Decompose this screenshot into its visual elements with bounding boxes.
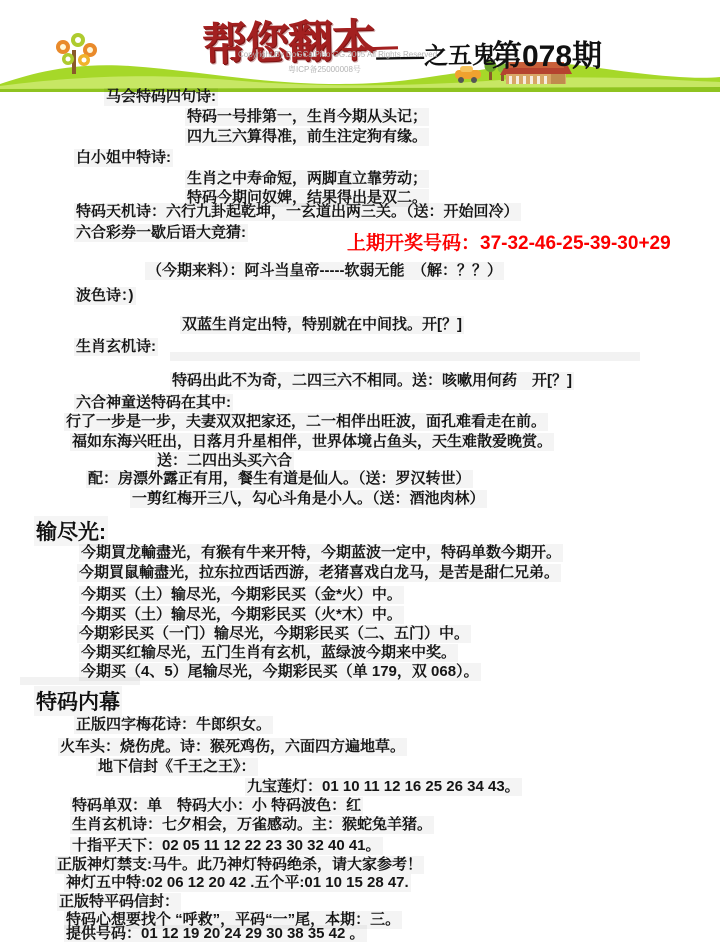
line-sjg-1: 今期買龙輸盡光，有猴有牛来开特，今期蓝波一定中，特码单数今期开。	[79, 544, 563, 562]
issue-number: 第078期	[492, 31, 602, 75]
line-bose: 波色诗：)	[74, 287, 136, 305]
line-shengxiao: 特码出此不为奇，二四三六不相同。送：咳嗽用何药 开[？]	[170, 372, 574, 390]
line-nm-meihua: 正版四字梅花诗：牛郎织女。	[74, 716, 273, 734]
section-heading-shujinguang: 输尽光:	[34, 516, 108, 546]
line-nm-tigong: 提供号码：01 12 19 20 24 29 30 38 35 42 。	[64, 925, 367, 942]
line-nm-xuanji: 生肖玄机诗：七夕相会，万雀感动。主：猴蛇兔羊猪。	[70, 816, 434, 834]
line-shentong-1: 行了一步是一步，夫妻双双把家还，二一相伴出旺波，面孔难看走在前。	[64, 413, 548, 431]
line-xiehouyu-header: 六合彩券一歇后语大竞猜:	[74, 224, 248, 242]
section-heading-neimu: 特码内幕	[34, 686, 122, 716]
line-nm-jiubao: 九宝莲灯：01 10 11 12 16 25 26 34 43。	[245, 778, 522, 796]
line-sjg-2: 今期買鼠輸盡光，拉东拉西话西游，老猪喜戏白龙马，是苦是甜仁兄弟。	[77, 564, 561, 582]
page-title: 帮您翻本	[201, 4, 375, 73]
line-nm-danshuang: 特码单双：单 特码大小：小 特码波色：红	[70, 797, 363, 815]
line-sjg-4: 今期买（土）输尽光，今期彩民买（火*木）中。	[79, 606, 404, 624]
line-nm-huochetou: 火车头：烧伤虎。诗：猴死鸡伤，六面四方遍地草。	[58, 738, 407, 756]
line-nm-tepima-header: 正版特平码信封：	[57, 893, 181, 911]
line-nm-shendeng-jin: 正版神灯禁支:马牛。此乃神灯特码绝杀，请大家参考！	[55, 856, 424, 874]
tip-sheet-page: 帮您翻本 ——之五鬼 第078期 Copyright By DoGCaiPiao…	[0, 0, 720, 942]
line-shentong-song: 送：二四出头买六合	[155, 452, 294, 470]
line-shentong-2: 福如东海兴旺出，日落月升星相伴，世界体境占鱼头，天生难散爱晚赏。	[70, 433, 554, 451]
line-nm-xinfeng: 地下信封《千王之王》：	[96, 758, 258, 776]
line-sjg-7: 今期买（4、5）尾输尽光，今期彩民买（单 179，双 068）。	[79, 663, 481, 681]
line-pei-1: 配：房漂外露正有用，餐生有道是仙人。（送：罗汉转世）	[86, 470, 473, 488]
line-nm-shendeng-wu: 神灯五中特:02 06 12 20 42 .五个平:01 10 15 28 47…	[64, 874, 411, 892]
line-baixiaojie-header: 白小姐中特诗:	[74, 149, 173, 167]
line-mahui-header: 马会特码四句诗:	[104, 88, 218, 106]
line-pei-2: 一剪红梅开三八，勾心斗角是小人。（送：酒池肉林）	[130, 490, 487, 508]
line-laima: （今期来料）：阿斗当皇帝-----软弱无能 （解：？？）	[145, 262, 504, 280]
line-shuanglan: 双蓝生肖定出特，特别就在中间找。开[？]	[180, 316, 464, 334]
line-shentong-header: 六合神童送特码在其中:	[74, 394, 233, 412]
line-tianji: 特码天机诗：六行九卦起乾坤，一玄道出两三关。（送：开始回冷）	[74, 203, 521, 221]
line-baixiaojie-1: 生肖之中寿命短，两脚直立靠劳动；	[185, 170, 429, 188]
line-mahui-2: 四九三六算得准，前生注定狗有缘。	[185, 128, 429, 146]
line-sjg-3: 今期买（土）输尽光，今期彩民买（金*火）中。	[79, 586, 404, 604]
line-mahui-1: 特码一号排第一，生肖今期从头记；	[185, 108, 429, 126]
line-sjg-6: 今期买红输尽光，五门生肖有玄机，蓝绿波今期来中奖。	[79, 644, 458, 662]
line-sjg-5: 今期彩民买（一门）输尽光，今期彩民买（二、五门）中。	[77, 625, 471, 643]
line-nm-shizhi: 十指平天下：02 05 11 12 22 23 30 32 40 41。	[70, 837, 383, 855]
last-draw-numbers: 上期开奖号码：37-32-46-25-39-30+29	[347, 228, 671, 255]
watermark-copyright: Copyright By DoGCaiPiao GG.2005 All Righ…	[238, 50, 437, 59]
scan-smudge	[170, 352, 640, 361]
watermark-icp: 粤ICP备25000008号	[288, 64, 361, 75]
line-shengxiao-header: 生肖玄机诗:	[74, 338, 158, 356]
